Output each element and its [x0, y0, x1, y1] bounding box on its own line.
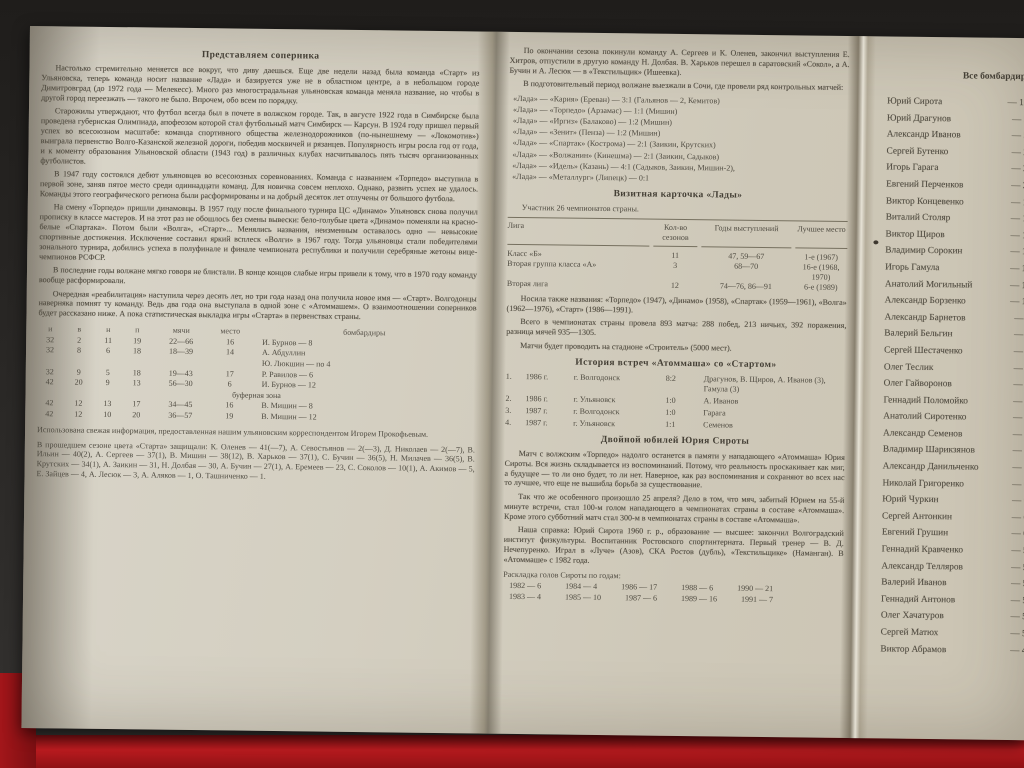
col-header: Кол-во сезонов — [653, 223, 697, 248]
scorer-goals: — 5 — [1010, 629, 1024, 640]
scorer-name: Александр Семенов — [883, 428, 962, 440]
cell: 18 — [125, 368, 149, 379]
cell: г. Ульяновск — [573, 418, 661, 429]
scorer-name: Виталий Столяр — [886, 213, 951, 225]
scorer-goals: — 5 — [1011, 563, 1024, 574]
scorer-row: Александр Иванов— 58 — [887, 130, 1024, 143]
scorer-goals: — 100 — [1007, 98, 1024, 109]
scorer-row: Виталий Столяр— 15 — [886, 213, 1024, 226]
cell: 16 — [213, 337, 247, 348]
cell: 2 — [67, 335, 91, 346]
cell: 12 — [66, 399, 90, 410]
cell: 1:0 — [665, 395, 699, 405]
col-header: н — [96, 325, 120, 336]
reference-paragraph: Наша справка: Юрий Сирота 1960 г. р., об… — [503, 525, 843, 569]
scorer-row: Юрий Сирота— 100 — [887, 96, 1024, 109]
scorer-row: Александр Борзенко— 11 — [885, 296, 1024, 309]
scorer-name: Валерий Иванов — [881, 578, 946, 590]
scorer-name: Виктор Концевенко — [886, 196, 964, 208]
scorer-row: Олег Теслик— 8 — [884, 362, 1024, 375]
scorer-row: Олег Хачатуров— 5 — [881, 611, 1024, 624]
cell: 42 — [37, 409, 61, 420]
paragraph: Очередная «реабилитация» наступила через… — [38, 289, 476, 324]
scorer-row: Виктор Щиров— 15 — [885, 229, 1024, 242]
scorer-line: Ю. Люкшин — по 4 — [262, 359, 331, 369]
paragraph: В подготовительный период волжане выезжа… — [509, 79, 849, 93]
center-page: По окончании сезона покинули команду А. … — [501, 32, 850, 738]
scorer-goals: — 14 — [1010, 264, 1024, 275]
scorer-row: Юрий Чуркин— 6 — [882, 495, 1024, 508]
scorer-name: Александр Борзенко — [885, 296, 966, 308]
jubilee-title: Двойной юбилей Юрия Сироты — [505, 434, 845, 448]
scorer-name: Виктор Абрамов — [880, 644, 946, 656]
scorer-goals: — 8 — [1013, 380, 1024, 391]
cell: 13 — [125, 378, 149, 389]
scorer-name: Сергей Шестаченко — [884, 345, 963, 357]
scorer-row: Владимир Шарикзянов— 7 — [883, 445, 1024, 458]
history-title: История встреч «Атоммаша» со «Стартом» — [506, 357, 846, 371]
lada-card-table: Лига Кол-во сезонов Годы выступлений Луч… — [507, 217, 848, 293]
cell: 74—76, 86—91 — [701, 281, 791, 292]
cell: 1986 г. — [526, 372, 570, 393]
scorer-name: Игорь Гамула — [885, 262, 939, 274]
paragraph: Матч с волжским «Торпедо» надолго остане… — [504, 449, 844, 493]
scorer-row: Виктор Концевенко— 19 — [886, 196, 1024, 209]
scorer-goals: — 26 — [1012, 148, 1024, 159]
scorer-goals: — 7 — [1013, 430, 1024, 441]
cell: 19 — [125, 336, 149, 347]
year-goals: 1990 — 21 — [737, 582, 773, 593]
cell: 16 — [212, 401, 246, 412]
scorer-goals: — 19 — [1011, 198, 1024, 209]
scorer-name: Анатолий Сиротенко — [883, 412, 966, 424]
cell: 13 — [95, 399, 119, 410]
red-cloth-surface — [0, 735, 1024, 768]
cell: 9 — [96, 378, 120, 389]
cell: 1. — [506, 372, 522, 392]
cell: 42 — [38, 377, 62, 388]
cell: 8:2 — [666, 373, 700, 393]
cell: 20 — [67, 378, 91, 389]
cell: 18—39 — [154, 347, 208, 369]
scorer-row: Владимир Сорокин— 15 — [885, 246, 1024, 259]
cell: 16-е (1968, 1970) — [795, 263, 847, 284]
cell: А. Иванов — [703, 396, 845, 408]
cell: 1987 г. — [525, 418, 569, 429]
cell: 32 — [38, 335, 62, 346]
scorer-goals: — 24 — [1011, 164, 1024, 175]
year-goals: 1984 — 4 — [565, 580, 597, 591]
scorer-goals: — 6 — [1012, 496, 1024, 507]
all-scorers-title: Все бомбардиры — [887, 70, 1024, 82]
scorer-goals: — 7 — [1013, 447, 1024, 458]
cell: Вторая группа класса «А» — [507, 259, 649, 281]
cell: 56—30 — [154, 379, 208, 390]
year-goals: 1983 — 4 — [509, 590, 541, 601]
cell: А. АбдуллинЮ. Люкшин — по 4 — [252, 348, 476, 372]
scorer-goals: — 12 — [1010, 281, 1024, 292]
scorer-row: Игорь Гамула— 14 — [885, 262, 1024, 275]
cell: 8 — [67, 346, 91, 367]
paragraph: В последние годы волжане мягко говоря не… — [39, 265, 477, 290]
cell: г. Волгодонск — [574, 372, 662, 393]
cell: 5 — [96, 367, 120, 378]
cell: 4. — [505, 418, 521, 428]
year-goals: 1989 — 16 — [681, 593, 717, 604]
paragraph: По окончании сезона покинули команду А. … — [509, 46, 849, 80]
scorer-row: Геннадий Антонов— 5 — [881, 594, 1024, 607]
scorer-name: Анатолий Могильный — [885, 279, 973, 291]
scorer-row: Валерий Иванов— 5 — [881, 578, 1024, 591]
scorer-goals: — 9 — [1014, 314, 1024, 325]
cell: 32 — [38, 367, 62, 378]
control-matches-list: «Лада» — «Кария» (Ереван) — 3:1 (Гальяно… — [508, 92, 849, 186]
cell: 6 — [96, 346, 120, 367]
scorer-name: Александр Иванов — [887, 130, 961, 142]
scorer-goals: — 6 — [1012, 480, 1024, 491]
scorer-goals: — 58 — [1012, 131, 1024, 142]
start-season-stats-table: и в н п мячи место бомбардиры 32 2 11 19… — [37, 324, 476, 425]
cell: 11 — [653, 251, 697, 262]
cell: Вторая лига — [507, 279, 649, 291]
year-goals: 1987 — 6 — [625, 592, 657, 603]
paragraph: Настолько стремительно меняется все вокр… — [41, 63, 479, 108]
cell: 42 — [37, 399, 61, 410]
scorer-row: Геннадий Поломойко— 7 — [883, 395, 1024, 408]
cell: Драгунов, В. Щиров, А. Иванов (3), Гамул… — [704, 374, 846, 396]
cell: 19—43 — [154, 368, 208, 379]
scorer-goals: — 11 — [1010, 297, 1024, 308]
scorer-goals: — 6 — [1012, 529, 1024, 540]
col-header: и — [38, 324, 62, 335]
scorer-name: Юрий Драгунов — [887, 113, 951, 125]
scorer-goals: — 8 — [1014, 364, 1024, 375]
stadium-note: Матчи будет проводить на стадионе «Строи… — [506, 341, 846, 355]
roster-paragraph: В прошедшем сезоне цвета «Старта» защища… — [36, 440, 474, 485]
scorer-name: Евгений Перченков — [886, 179, 963, 191]
col-header: место — [213, 327, 247, 338]
cell: 34—45 — [153, 400, 207, 411]
scorer-goals: — 6 — [1012, 513, 1024, 524]
cell: 36—57 — [153, 411, 207, 422]
scorer-name: Олег Теслик — [884, 362, 934, 374]
cell: 3 — [653, 261, 697, 282]
scorer-name: Николай Григоренко — [882, 478, 964, 490]
scorer-row: Игорь Гарага— 24 — [886, 163, 1024, 176]
scorer-goals: — 5 — [1011, 546, 1024, 557]
col-header: Лучшее место — [795, 225, 847, 250]
scorer-goals: — 9 — [1014, 330, 1024, 341]
cell: г. Ульяновск — [573, 394, 661, 405]
year-goals: 1982 — 6 — [509, 579, 541, 590]
cell: 32 — [38, 346, 62, 367]
scorer-row: Виктор Абрамов— 4 — [880, 644, 1024, 657]
scorer-name: Александр Барнетов — [884, 312, 965, 324]
col-header: мячи — [154, 326, 208, 337]
col-header: п — [125, 325, 149, 336]
cell: 20 — [124, 410, 148, 421]
col-header: в — [67, 325, 91, 336]
scorer-name: Евгений Грушин — [882, 528, 948, 540]
scorer-name: Геннадий Кравченко — [882, 544, 963, 556]
right-page-scorers-column: Все бомбардиры Юрий Сирота— 100 Юрий Дра… — [859, 36, 1024, 740]
cell: Гарага — [703, 408, 845, 420]
scorer-row: Анатолий Сиротенко— 7 — [883, 412, 1024, 425]
paragraph: Старожилы утверждают, что футбол всегда … — [40, 106, 479, 171]
scorer-goals: — 59 — [1012, 115, 1024, 126]
cell: 1-е (1967) — [795, 253, 847, 264]
cell: 2. — [505, 394, 521, 404]
scorer-row: Сергей Антонкин— 6 — [882, 511, 1024, 524]
paragraph: На смену «Торпедо» пришли динамовцы. В 1… — [39, 202, 478, 267]
cell: 3. — [505, 406, 521, 416]
cell: 12 — [66, 409, 90, 420]
scorer-name: Виктор Щиров — [885, 229, 944, 241]
scorer-goals: — 8 — [1014, 347, 1024, 358]
cell: 17 — [213, 369, 247, 380]
scorer-line: А. Абдуллин — [262, 348, 305, 358]
cell: Семенов — [703, 420, 845, 432]
cell: 14 — [213, 348, 247, 370]
scorer-goals: — 7 — [1012, 463, 1024, 474]
scorer-goals: — 5 — [1011, 596, 1024, 607]
scorer-name: Александр Данильченко — [883, 462, 979, 474]
scorer-name: Александр Телляров — [881, 561, 963, 573]
year-goals: 1986 — 17 — [621, 581, 657, 592]
scorer-name: Геннадий Антонов — [881, 594, 955, 606]
history-table: 1. 1986 г. г. Волгодонск 8:2 Драгунов, В… — [505, 372, 846, 432]
cell: 19 — [212, 411, 246, 422]
scorer-goals: — 15 — [1011, 214, 1024, 225]
scorer-name: Владимир Шарикзянов — [883, 445, 975, 457]
source-note: Использована свежая информация, предоста… — [37, 425, 475, 440]
former-names-note: Носила также названия: «Торпедо» (1947),… — [507, 294, 847, 318]
scorer-goals: — 4 — [1010, 646, 1024, 657]
scorer-name: Сергей Матюх — [881, 627, 939, 639]
scorer-goals: — 15 — [1010, 247, 1024, 258]
scorer-goals: — 7 — [1013, 397, 1024, 408]
left-page-title: Представляем соперника — [42, 48, 480, 63]
paragraph: В 1947 году состоялся дебют ульяновцев в… — [40, 169, 478, 204]
scorer-row: Геннадий Кравченко— 5 — [882, 544, 1024, 557]
scorer-name: Игорь Гарага — [886, 163, 938, 175]
cell: 12 — [653, 281, 697, 292]
scorer-row: Евгений Грушин— 6 — [882, 528, 1024, 541]
scorer-goals: — 7 — [1013, 413, 1024, 424]
year-goals: 1988 — 6 — [681, 582, 713, 593]
cell: 17 — [124, 400, 148, 411]
scorer-row: Валерий Бельгин— 9 — [884, 329, 1024, 342]
photo-of-programme-spread: Представляем соперника Настолько стремит… — [0, 0, 1024, 768]
paragraph: Так что же особенного произошло 25 апрел… — [504, 492, 844, 526]
scorer-goals: — 5 — [1010, 612, 1024, 623]
scorer-name: Юрий Сирота — [887, 96, 942, 108]
card-subtitle: Участник 26 чемпионатов страны. — [508, 203, 848, 217]
scorer-name: Юрий Чуркин — [882, 495, 938, 507]
scorer-row: Юрий Драгунов— 59 — [887, 113, 1024, 126]
cell: 10 — [95, 410, 119, 421]
cell: 6 — [213, 379, 247, 390]
cell: 1987 г. — [525, 406, 569, 417]
cell: 11 — [96, 336, 120, 347]
cell: г. Волгодонск — [573, 406, 661, 417]
year-goals: 1991 — 7 — [741, 593, 773, 604]
col-header: Годы выступлений — [701, 223, 791, 248]
scorer-name: Валерий Бельгин — [884, 329, 952, 341]
scorer-name: Геннадий Поломойко — [883, 395, 968, 407]
scorer-row: Александр Семенов— 7 — [883, 428, 1024, 441]
scorer-row: Александр Данильченко— 7 — [883, 462, 1024, 475]
scorer-row: Анатолий Могильный— 12 — [885, 279, 1024, 292]
scorer-name: Олег Гайворонов — [884, 379, 952, 391]
cell: 1986 г. — [525, 394, 569, 405]
scorer-row: Сергей Матюх— 5 — [881, 627, 1024, 640]
left-page: Представляем соперника Настолько стремит… — [33, 26, 480, 733]
scorer-row: Сергей Бутенко— 26 — [886, 146, 1024, 159]
col-header: Лига — [507, 221, 649, 247]
totals-note: Всего в чемпионатах страны провела 893 м… — [506, 317, 846, 341]
cell: 9 — [67, 367, 91, 378]
scorer-row: Александр Барнетов— 9 — [884, 312, 1024, 325]
scorer-name: Олег Хачатуров — [881, 611, 944, 623]
scorer-row: Олег Гайворонов— 8 — [884, 379, 1024, 392]
scorer-row: Сергей Шестаченко— 8 — [884, 345, 1024, 358]
cell: 22—66 — [154, 336, 208, 347]
year-goals: 1985 — 10 — [565, 591, 601, 602]
programme-paper-spread: Представляем соперника Настолько стремит… — [21, 26, 1024, 740]
cell: 6-е (1989) — [795, 283, 847, 294]
scorer-goals: — 5 — [1011, 579, 1024, 590]
cell: 1:0 — [665, 407, 699, 417]
scorer-name: Сергей Бутенко — [886, 146, 948, 158]
scorer-goals: — 15 — [1011, 231, 1024, 242]
scorer-row: Николай Григоренко— 6 — [882, 478, 1024, 491]
cell: 1:1 — [665, 419, 699, 429]
scorer-name: Владимир Сорокин — [885, 246, 962, 258]
cell: В. Мишин — 12 — [251, 412, 475, 425]
scorer-goals: — 22 — [1011, 181, 1024, 192]
cell: 18 — [125, 347, 149, 368]
card-title: Визитная карточка «Лады» — [508, 188, 848, 202]
scorer-row: Евгений Перченков— 22 — [886, 179, 1024, 192]
scorer-name: Сергей Антонкин — [882, 511, 952, 523]
scorer-row: Александр Телляров— 5 — [881, 561, 1024, 574]
cell: 68—70 — [701, 261, 791, 282]
